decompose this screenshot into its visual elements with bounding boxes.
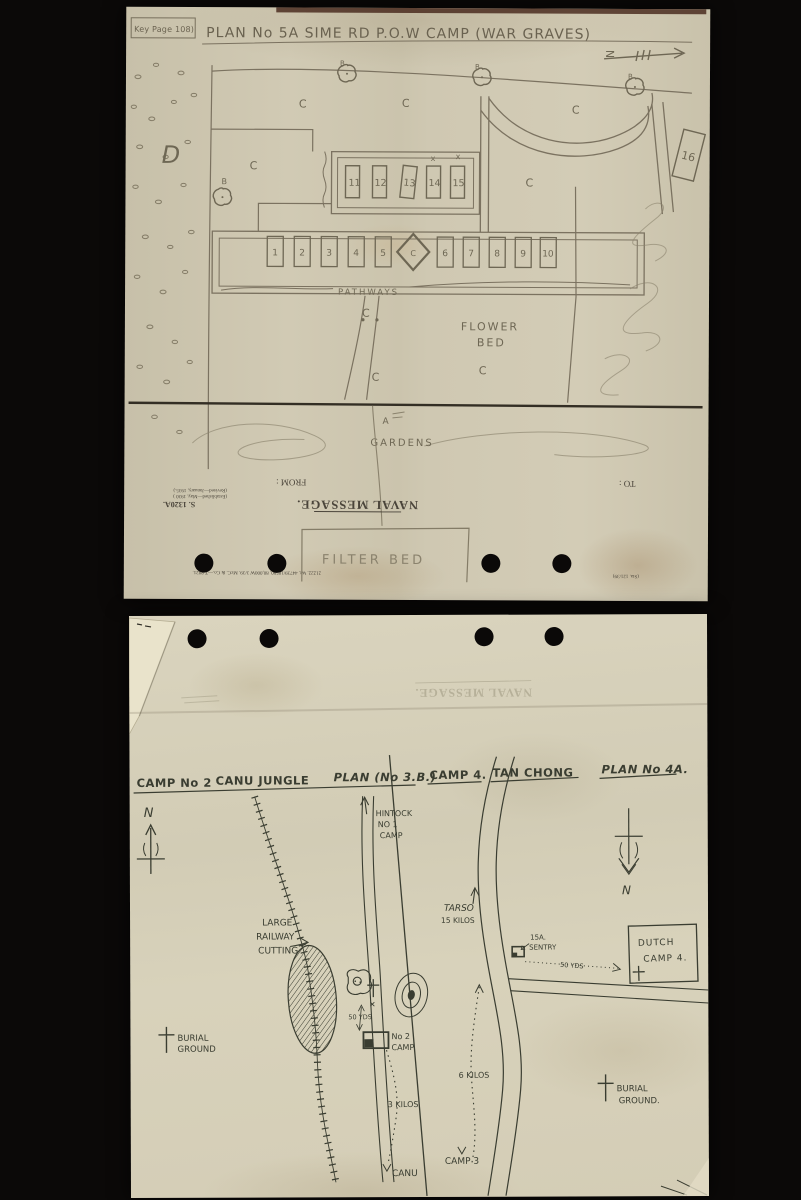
diamond-c-label: C <box>410 249 416 258</box>
no2-camp: No 2 CAMP <box>363 1032 414 1052</box>
svg-text:1: 1 <box>272 248 278 258</box>
left-map-camp-title: CAMP No 2 <box>137 776 212 790</box>
area-c-label: C <box>526 176 534 189</box>
grave-plot: 4 <box>348 237 364 267</box>
burial-ground: BURIAL GROUND <box>158 1027 216 1055</box>
no2-camp-label-2: CAMP <box>391 1043 414 1052</box>
sentry-label-1: 15A. <box>530 934 546 942</box>
plot-16-box: 16 <box>672 129 705 181</box>
page-title: PLAN No 5A SIME RD P.O.W CAMP (WAR GRAVE… <box>206 25 591 43</box>
tarso-label-2: 15 KILOS <box>441 916 475 925</box>
burial-label-1: BURIAL <box>177 1034 208 1044</box>
dutch-camp-label-1: DUTCH <box>638 938 675 949</box>
area-c-label: C <box>250 159 258 172</box>
no2-camp-label-1: No 2 <box>391 1032 410 1041</box>
photo-of-documents: { "palette": { "background": "#0b0908", … <box>0 0 801 1200</box>
flower-bed-label-1: FLOWER <box>461 320 519 333</box>
area-a-label: A <box>382 417 389 427</box>
dutch-camp: DUTCH CAMP 4. <box>628 924 698 983</box>
tree-b-label: B <box>222 177 228 186</box>
svg-text:10: 10 <box>542 250 554 260</box>
tree-b-label: B <box>628 73 633 81</box>
filter-bed: FILTER BED <box>302 528 469 583</box>
bottom-document-plans-3b-4a: NAVAL MESSAGE. CAMP No 2 CANU JUNGLE PLA… <box>129 614 709 1198</box>
x-mark: x <box>431 154 436 163</box>
form-established-line: (Established—May, 1930 ) <box>173 493 227 498</box>
gardens-area: A GARDENS <box>192 405 648 527</box>
hintock-camp: HINTOCK NO 1 CAMP <box>361 797 413 840</box>
grave-plot: 14 <box>426 166 440 198</box>
form-revised-line: (Revised—January, 1935.) <box>173 487 227 492</box>
svg-text:6: 6 <box>442 249 448 259</box>
left-map-area-title: CANU JUNGLE <box>216 773 310 787</box>
area-c-label: C <box>299 97 307 110</box>
road <box>362 796 394 1182</box>
burial-label-2: GROUND <box>177 1045 216 1055</box>
page-top-edge-stain <box>276 7 706 14</box>
area-c-label: C <box>372 371 380 384</box>
pond-and-cross: 50 YDS <box>347 970 379 1031</box>
dutch-camp-label-2: CAMP 4. <box>643 953 687 964</box>
right-map: TARSO 15 KILOS 15A. SENTRY 50 YDS DUTCH … <box>440 756 709 1196</box>
north-label: N <box>603 50 616 58</box>
left-map-plan-title: PLAN (No 3.B.) <box>334 770 437 784</box>
svg-text:11: 11 <box>349 178 361 189</box>
north-arrow: N <box>603 48 684 61</box>
grave-cross <box>598 1074 614 1101</box>
punch-holes <box>188 627 564 648</box>
tree-b-label: B <box>340 60 345 68</box>
north-arrow: N <box>137 806 165 874</box>
area-c-label: C <box>572 104 580 117</box>
folded-corner <box>683 1158 709 1196</box>
grave-plot: 2 <box>294 236 310 266</box>
canu-label: CANU <box>392 1169 418 1179</box>
orchard-area: D <box>130 63 197 433</box>
path-to-dutch-camp: 50 YDS <box>525 961 620 972</box>
grave-plots-upper: 11 12 13 14 15 x x <box>345 152 464 199</box>
camp3-label: CAMP 3 <box>445 1157 479 1167</box>
svg-text:2: 2 <box>299 248 305 258</box>
north-label: N <box>622 883 631 897</box>
form-from-label: FROM : <box>276 477 306 487</box>
grave-plot: 7 <box>463 237 479 267</box>
trail-to-canu: 3 KILOS CANU <box>383 1050 419 1179</box>
svg-text:4: 4 <box>353 249 359 259</box>
fold-crease <box>129 704 707 713</box>
svg-text:15: 15 <box>453 178 465 189</box>
flower-bed-label-2: BED <box>477 336 506 349</box>
c-labels: C C C C C C C <box>249 96 580 384</box>
burial-label-1: BURIAL <box>617 1084 648 1094</box>
plan-5a-drawing: Key Page 108) PLAN No 5A SIME RD P.O.W C… <box>124 7 711 602</box>
grave-plot: 5 <box>375 237 391 267</box>
svg-text:9: 9 <box>520 249 526 259</box>
sentry-post: 15A. SENTRY <box>512 934 557 957</box>
form-title: NAVAL MESSAGE. <box>296 497 418 512</box>
form-ref-number: S. 1320A. <box>163 500 195 509</box>
tarso-label-1: TARSO <box>444 904 474 914</box>
right-map-area-title: TAN CHONG <box>493 765 574 779</box>
hintock-label-1: HINTOCK <box>376 809 413 818</box>
three-kilos-label: 3 KILOS <box>388 1100 419 1109</box>
north-label: N <box>144 806 154 821</box>
grave-plot: 8 <box>489 237 505 267</box>
grave-plot: 13 <box>400 165 417 198</box>
area-c-label: C <box>479 364 487 377</box>
tree-b-label: B <box>475 63 480 71</box>
grave-plot: 11 <box>345 166 360 198</box>
grave-plot: 1 <box>267 236 283 266</box>
plan-boundaries <box>208 65 692 471</box>
grave-cross <box>633 966 645 981</box>
river <box>478 757 522 1196</box>
form-printed-rule <box>129 403 703 408</box>
filter-bed-label: FILTER BED <box>322 553 425 568</box>
trail-to-camp3: 6 KILOS CAMP 3 <box>444 985 489 1167</box>
key-ref-label: Key Page 108) <box>134 25 194 34</box>
svg-text:3: 3 <box>326 249 332 259</box>
form-stationery-code: (Sta. 121/39) <box>612 573 638 578</box>
bleed-through-title: NAVAL MESSAGE. <box>414 686 532 700</box>
plot-16-label: 16 <box>680 149 697 165</box>
sentry-label-2: SENTRY <box>529 944 557 952</box>
plan-title-row: Key Page 108) PLAN No 5A SIME RD P.O.W C… <box>131 18 692 46</box>
map-titles: CAMP No 2 CANU JUNGLE PLAN (No 3.B.) CAM… <box>134 762 689 793</box>
grave-plot: 12 <box>372 166 386 198</box>
north-arrow: N <box>615 808 643 897</box>
pencil-scribbles-right <box>601 203 667 395</box>
tarso-direction: TARSO 15 KILOS <box>441 888 479 925</box>
hintock-label-2: NO 1 <box>378 820 398 829</box>
area-d-label: D <box>162 141 181 169</box>
camp-enclosure <box>212 91 674 295</box>
grave-plot: 9 <box>515 237 531 267</box>
cutting-label-1: LARGE <box>262 918 293 928</box>
x-mark: x <box>456 152 461 161</box>
svg-text:8: 8 <box>494 249 500 259</box>
svg-text:7: 7 <box>468 249 474 259</box>
grave-plot: 15 <box>450 166 464 198</box>
top-document-naval-message-plan-5a: Key Page 108) PLAN No 5A SIME RD P.O.W C… <box>124 7 711 602</box>
cutting-label-2: RAILWAY <box>256 932 295 942</box>
right-map-camp-title: CAMP 4. <box>430 768 487 782</box>
flower-bed: FLOWER BED C <box>461 320 519 377</box>
fifty-yards-label: 50 YDS <box>560 961 584 971</box>
grave-plot: 6 <box>437 237 453 267</box>
gardens-label: GARDENS <box>370 438 433 449</box>
grave-plot: 10 <box>540 238 556 268</box>
form-bleed-through: NAVAL MESSAGE. <box>181 681 532 703</box>
area-c-label: C <box>402 97 410 110</box>
form-to-label: TO : <box>619 479 636 489</box>
svg-text:13: 13 <box>403 177 416 189</box>
grave-plot: 3 <box>321 237 337 267</box>
svg-text:14: 14 <box>429 178 441 189</box>
grave-cross <box>158 1027 174 1053</box>
svg-text:12: 12 <box>375 178 387 189</box>
six-kilos-label: 6 KILOS <box>459 1071 490 1080</box>
burial-label-2: GROUND. <box>619 1096 660 1106</box>
plans-3b-4a-drawing: NAVAL MESSAGE. CAMP No 2 CANU JUNGLE PLA… <box>129 614 709 1198</box>
cutting-label-3: CUTTING <box>258 946 298 956</box>
torn-corner-tape <box>129 618 175 734</box>
pathways-label: PATHWAYS <box>338 288 399 298</box>
left-map: N LARGE RAILWAY CUTTING <box>137 796 433 1183</box>
hintock-label-3: CAMP <box>380 831 403 840</box>
burial-ground: BURIAL GROUND. <box>598 1074 660 1106</box>
svg-text:5: 5 <box>380 249 386 259</box>
